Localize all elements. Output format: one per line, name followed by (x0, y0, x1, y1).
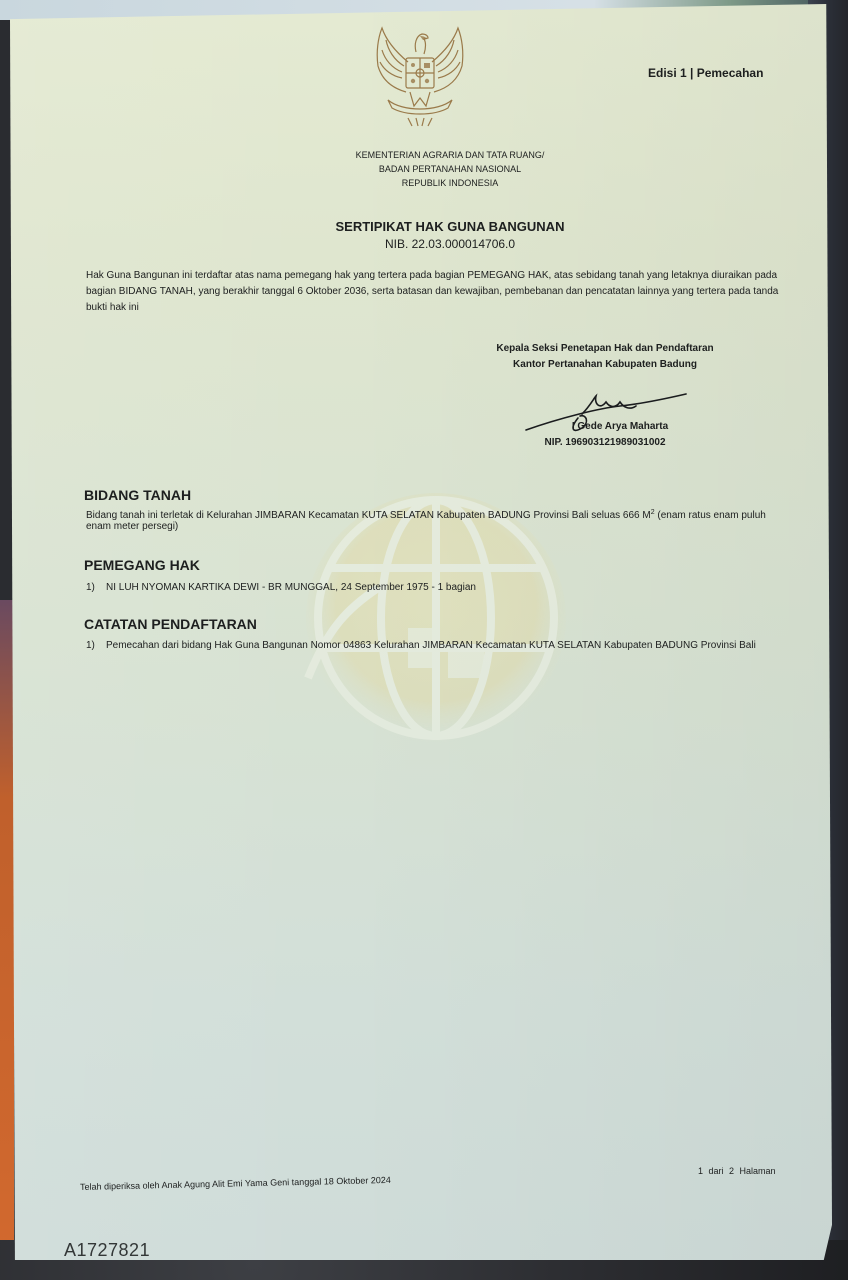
bidang-tanah-location-area: Bidang tanah ini terletak di Kelurahan J… (86, 510, 651, 521)
catatan-pendaftaran-item: 1) Pemecahan dari bidang Hak Guna Bangun… (86, 640, 786, 651)
pemegang-hak-item: 1) NI LUH NYOMAN KARTIKA DEWI - BR MUNGG… (86, 582, 786, 593)
issuer-line: REPUBLIK INDONESIA (300, 176, 600, 190)
garuda-emblem-icon (368, 22, 472, 130)
section-heading-pemegang-hak: PEMEGANG HAK (84, 557, 200, 573)
issuer-line: KEMENTERIAN AGRARIA DAN TATA RUANG/ (300, 148, 600, 162)
list-number: 1) (86, 582, 106, 593)
section-heading-catatan-pendaftaran: CATATAN PENDAFTARAN (84, 616, 257, 632)
signatory-nip: NIP. 196903121989031002 (470, 437, 740, 448)
page-count: 1 dari 2 Halaman (698, 1166, 776, 1176)
edition-label: Edisi 1 | Pemecahan (648, 66, 763, 80)
signatory-position-line: Kepala Seksi Penetapan Hak dan Pendaftar… (470, 341, 740, 357)
section-heading-bidang-tanah: BIDANG TANAH (84, 487, 191, 503)
intro-paragraph: Hak Guna Bangunan ini terdaftar atas nam… (86, 268, 786, 316)
holder-text: NI LUH NYOMAN KARTIKA DEWI - BR MUNGGAL,… (106, 582, 476, 593)
nib-number: NIB. 22.03.000014706.0 (260, 237, 640, 251)
issuing-authority: KEMENTERIAN AGRARIA DAN TATA RUANG/ BADA… (300, 148, 600, 190)
certificate-title: SERTIPIKAT HAK GUNA BANGUNAN (260, 219, 640, 234)
bidang-tanah-description: Bidang tanah ini terletak di Kelurahan J… (86, 510, 786, 532)
signatory-office-line: Kantor Pertanahan Kabupaten Badung (470, 357, 740, 373)
signatory-name: I Gede Arya Maharta (470, 421, 770, 432)
signatory-position: Kepala Seksi Penetapan Hak dan Pendaftar… (470, 341, 740, 373)
list-number: 1) (86, 640, 106, 651)
issuer-line: BADAN PERTANAHAN NASIONAL (300, 162, 600, 176)
registration-note-text: Pemecahan dari bidang Hak Guna Bangunan … (106, 640, 756, 651)
serial-number: A1727821 (64, 1240, 150, 1261)
background-left-edge (0, 600, 14, 1260)
